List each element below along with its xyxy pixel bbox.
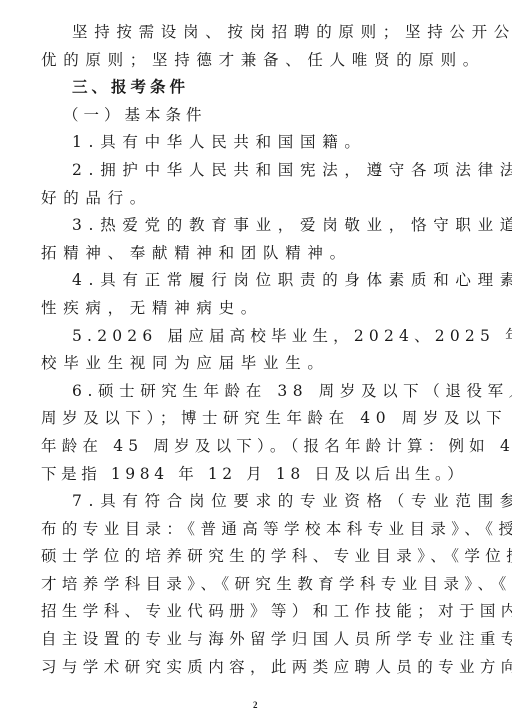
document-page: 坚持按需设岗、按岗招聘的原则；坚持公开公平、竞争择 优的原则；坚持德才兼备、任人… bbox=[41, 19, 473, 681]
condition-3-line-1: 3.热爱党的教育事业，爱岗敬业，恪守职业道德，具有开 bbox=[41, 212, 473, 240]
condition-2-line-1: 2.拥护中华人民共和国宪法，遵守各项法律法规，具有良 bbox=[41, 157, 473, 185]
condition-5-line-2: 校毕业生视同为应届毕业生。 bbox=[41, 350, 473, 378]
page-number: 2 bbox=[253, 700, 258, 710]
subsection-heading-basic-conditions: （一）基本条件 bbox=[41, 102, 473, 130]
condition-4-line-1: 4.具有正常履行岗位职责的身体素质和心理素质；无传染 bbox=[41, 267, 473, 295]
condition-6-line-3: 年龄在 45 周岁及以下）。（报名年龄计算：例如 40 周岁及以 bbox=[41, 433, 473, 461]
condition-7-line-5: 招生学科、专业代码册》等）和工作技能；对于国内高等院校 bbox=[41, 598, 473, 626]
condition-7-line-3: 硕士学位的培养研究生的学科、专业目录》、《学位授予和人 bbox=[41, 543, 473, 571]
section-heading-application-requirements: 三、报考条件 bbox=[41, 74, 473, 102]
condition-6-line-1: 6.硕士研究生年龄在 38 周岁及以下（退役军人年龄在 43 bbox=[41, 378, 473, 406]
condition-6-line-2: 周岁及以下）；博士研究生年龄在 40 周岁及以下（退役军人 bbox=[41, 405, 473, 433]
condition-5-line-1: 5.2026 届应届高校毕业生，2024、2025 年毕业后未就业高 bbox=[41, 323, 473, 351]
condition-7-line-4: 才培养学科目录》、《研究生教育学科专业目录》、《研究生 bbox=[41, 571, 473, 599]
condition-2-line-2: 好的品行。 bbox=[41, 185, 473, 213]
paragraph-principles-line-1: 坚持按需设岗、按岗招聘的原则；坚持公开公平、竞争择 bbox=[41, 19, 473, 47]
paragraph-principles-line-2: 优的原则；坚持德才兼备、任人唯贤的原则。 bbox=[41, 47, 473, 75]
condition-7-line-2: 布的专业目录：《普通高等学校本科专业目录》、《授予博士、 bbox=[41, 516, 473, 544]
condition-7-line-6: 自主设置的专业与海外留学归国人员所学专业注重专业课程修 bbox=[41, 626, 473, 654]
condition-1-line-1: 1.具有中华人民共和国国籍。 bbox=[41, 129, 473, 157]
condition-3-line-2: 拓精神、奉献精神和团队精神。 bbox=[41, 240, 473, 268]
condition-7-line-7: 习与学术研究实质内容，此两类应聘人员的专业方向经招聘单 bbox=[41, 654, 473, 682]
condition-4-line-2: 性疾病，无精神病史。 bbox=[41, 295, 473, 323]
condition-7-line-1: 7.具有符合岗位要求的专业资格（专业范围参照教育部发 bbox=[41, 488, 473, 516]
condition-6-line-4: 下是指 1984 年 12 月 18 日及以后出生。） bbox=[41, 461, 473, 489]
